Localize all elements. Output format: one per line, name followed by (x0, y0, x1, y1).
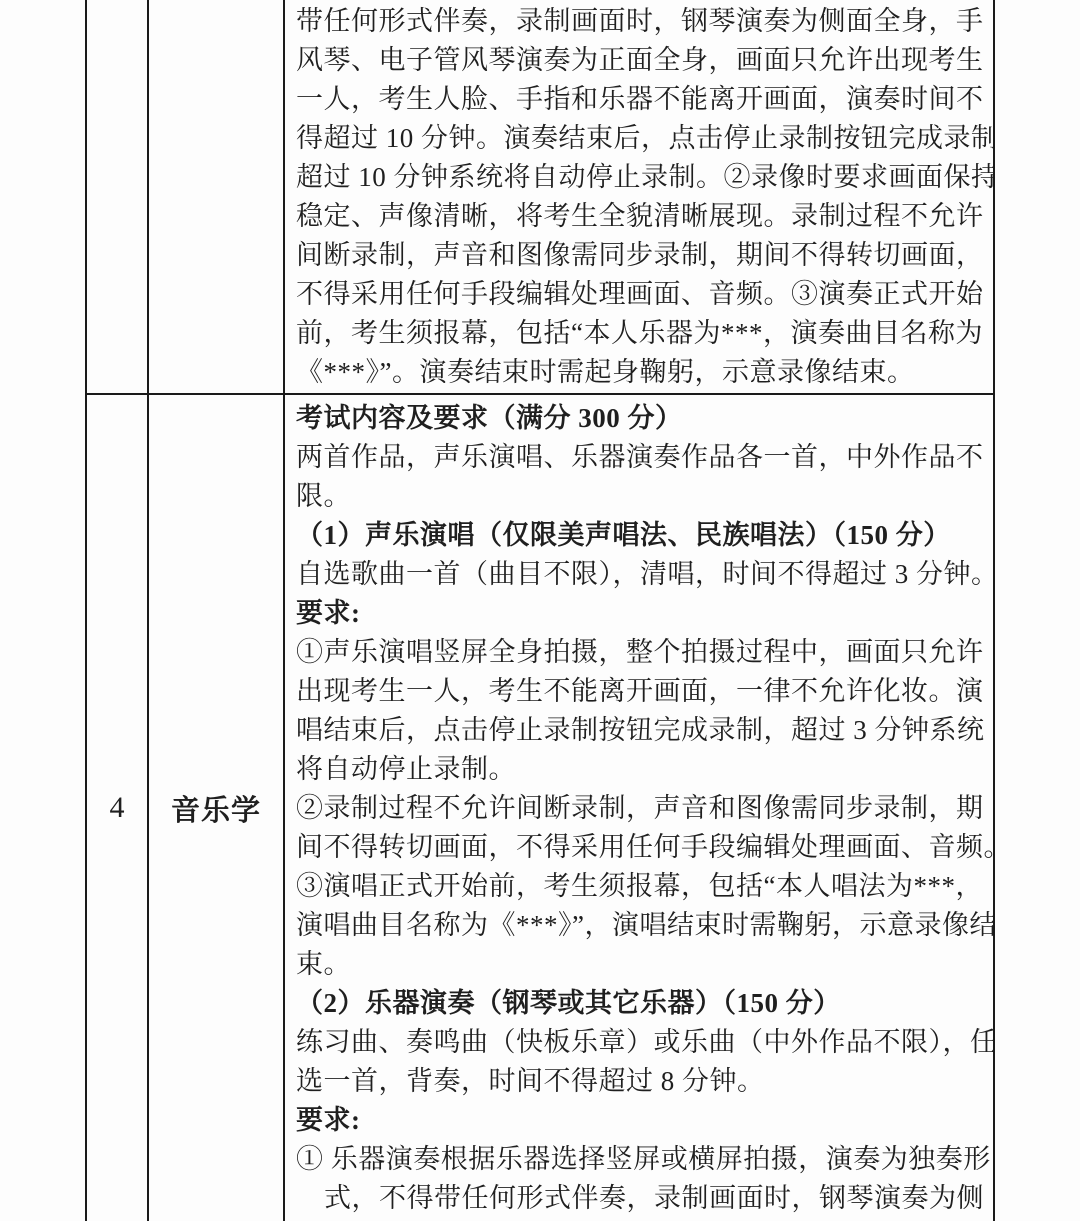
content-line: 演唱曲目名称为《***》”，演唱结束时需鞠躬，示意录像结 (296, 906, 983, 945)
content-line: ① 乐器演奏根据乐器选择竖屏或横屏拍摄，演奏为独奏形 (296, 1140, 983, 1179)
content-line: ②录制过程不允许间断录制，声音和图像需同步录制，期 (296, 789, 983, 828)
content-line: 间断录制，声音和图像需同步录制，期间不得转切画面， (296, 236, 983, 275)
document-page: 带任何形式伴奏，录制画面时，钢琴演奏为侧面全身，手风琴、电子管风琴演奏为正面全身… (0, 0, 1080, 1221)
subject-cell (149, 0, 285, 393)
content-line: 稳定、声像清晰，将考生全貌清晰展现。录制过程不允许 (296, 197, 983, 236)
content-line: ③演唱正式开始前，考生须报幕，包括“本人唱法为***， (296, 867, 983, 906)
content-line: 一人，考生人脸、手指和乐器不能离开画面，演奏时间不 (296, 80, 983, 119)
content-line: 风琴、电子管风琴演奏为正面全身，画面只允许出现考生 (296, 41, 983, 80)
subject-cell: 音乐学 (149, 395, 285, 1221)
content-line: 自选歌曲一首（曲目不限），清唱，时间不得超过 3 分钟。 (296, 555, 983, 594)
table-row: 带任何形式伴奏，录制画面时，钢琴演奏为侧面全身，手风琴、电子管风琴演奏为正面全身… (87, 0, 993, 393)
content-line: （2）乐器演奏（钢琴或其它乐器）（150 分） (296, 984, 983, 1023)
exam-table: 带任何形式伴奏，录制画面时，钢琴演奏为侧面全身，手风琴、电子管风琴演奏为正面全身… (85, 0, 995, 1221)
content-line: 式，不得带任何形式伴奏，录制画面时，钢琴演奏为侧 (296, 1179, 983, 1218)
content-line: 间不得转切画面，不得采用任何手段编辑处理画面、音频。 (296, 828, 983, 867)
content-line: 得超过 10 分钟。演奏结束后，点击停止录制按钮完成录制， (296, 119, 983, 158)
content-line: 选一首，背奏，时间不得超过 8 分钟。 (296, 1062, 983, 1101)
content-line: 不得采用任何手段编辑处理画面、音频。③演奏正式开始 (296, 275, 983, 314)
content-line: 要求: (296, 1101, 983, 1140)
row-number-cell (87, 0, 149, 393)
content-line: 束。 (296, 945, 983, 984)
content-line: 限。 (296, 477, 983, 516)
content-line: 前，考生须报幕，包括“本人乐器为***，演奏曲目名称为 (296, 314, 983, 353)
content-line: 出现考生一人，考生不能离开画面，一律不允许化妆。演 (296, 672, 983, 711)
row-number-cell: 4 (87, 395, 149, 1221)
content-line: 《***》”。演奏结束时需起身鞠躬，示意录像结束。 (296, 353, 983, 392)
content-line: 将自动停止录制。 (296, 750, 983, 789)
content-cell: 带任何形式伴奏，录制画面时，钢琴演奏为侧面全身，手风琴、电子管风琴演奏为正面全身… (285, 0, 993, 393)
content-line: 考试内容及要求（满分 300 分） (296, 399, 983, 438)
content-line: 练习曲、奏鸣曲（快板乐章）或乐曲（中外作品不限），任 (296, 1023, 983, 1062)
content-cell: 考试内容及要求（满分 300 分）两首作品，声乐演唱、乐器演奏作品各一首，中外作… (285, 395, 993, 1221)
table-row: 4 音乐学 考试内容及要求（满分 300 分）两首作品，声乐演唱、乐器演奏作品各… (87, 393, 993, 1221)
content-line: 唱结束后，点击停止录制按钮完成录制，超过 3 分钟系统 (296, 711, 983, 750)
content-line: 两首作品，声乐演唱、乐器演奏作品各一首，中外作品不 (296, 438, 983, 477)
content-line: 带任何形式伴奏，录制画面时，钢琴演奏为侧面全身，手 (296, 2, 983, 41)
content-line: （1）声乐演唱（仅限美声唱法、民族唱法）（150 分） (296, 516, 983, 555)
content-line: ①声乐演唱竖屏全身拍摄，整个拍摄过程中，画面只允许 (296, 633, 983, 672)
content-line: 要求: (296, 594, 983, 633)
content-line: 超过 10 分钟系统将自动停止录制。②录像时要求画面保持 (296, 158, 983, 197)
